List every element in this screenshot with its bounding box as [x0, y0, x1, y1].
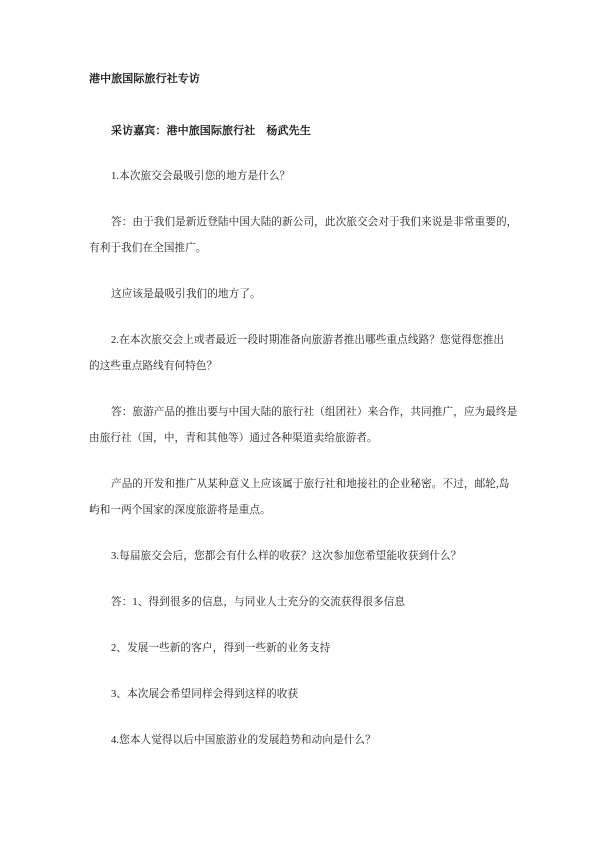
- answer-3-item-3-paragraph: 3、本次展会希望同样会得到这样的收获: [89, 682, 595, 708]
- text-line: 答：旅游产品的推出要与中国大陆的旅行社（组团社）来合作，共同推广，应为最终是: [89, 400, 595, 426]
- answer-1b-paragraph: 这应该是最吸引我们的地方了。: [89, 282, 595, 308]
- document-page: 港中旅国际旅行社专访 采访嘉宾：港中旅国际旅行社 杨武先生 1.本次旅交会最吸引…: [0, 0, 595, 842]
- text-line: 3、本次展会希望同样会得到这样的收获: [89, 682, 595, 708]
- question-2-paragraph: 2.在本次旅交会上或者最近一段时期准备向旅游者推出哪些重点线路？您觉得您推出 的…: [89, 328, 595, 380]
- text-line: 的这些重点路线有何特色？: [89, 354, 595, 380]
- text-line: 产品的开发和推广从某种意义上应该属于旅行社和地接社的企业秘密。不过，邮轮,岛: [89, 472, 595, 498]
- text-line: 4.您本人觉得以后中国旅游业的发展趋势和动向是什么？: [89, 728, 595, 754]
- document-title: 港中旅国际旅行社专访: [89, 66, 595, 92]
- text-line: 答：由于我们是新近登陆中国大陆的新公司，此次旅交会对于我们来说是非常重要的，: [89, 210, 595, 236]
- title-paragraph: 港中旅国际旅行社专访: [89, 66, 595, 92]
- question-4-paragraph: 4.您本人觉得以后中国旅游业的发展趋势和动向是什么？: [89, 728, 595, 754]
- text-line: 3.每届旅交会后，您都会有什么样的收获？这次参加您希望能收获到什么？: [89, 544, 595, 570]
- text-line: 2.在本次旅交会上或者最近一段时期准备向旅游者推出哪些重点线路？您觉得您推出: [89, 328, 595, 354]
- text-line: 这应该是最吸引我们的地方了。: [89, 282, 595, 308]
- answer-1-paragraph: 答：由于我们是新近登陆中国大陆的新公司，此次旅交会对于我们来说是非常重要的， 有…: [89, 210, 595, 262]
- answer-3-item-1-paragraph: 答：1、得到很多的信息，与同业人士充分的交流获得很多信息: [89, 590, 595, 616]
- answer-3-item-2-paragraph: 2、发展一些新的客户，得到一些新的业务支持: [89, 636, 595, 662]
- interview-guest-line: 采访嘉宾：港中旅国际旅行社 杨武先生: [89, 118, 595, 144]
- text-line: 有利于我们在全国推广。: [89, 236, 595, 262]
- guest-paragraph: 采访嘉宾：港中旅国际旅行社 杨武先生: [89, 118, 595, 144]
- answer-2-paragraph: 答：旅游产品的推出要与中国大陆的旅行社（组团社）来合作，共同推广，应为最终是 由…: [89, 400, 595, 452]
- question-3-paragraph: 3.每届旅交会后，您都会有什么样的收获？这次参加您希望能收获到什么？: [89, 544, 595, 570]
- document-body: { "document": { "title": "港中旅国际旅行社专访", "…: [0, 0, 595, 842]
- answer-2b-paragraph: 产品的开发和推广从某种意义上应该属于旅行社和地接社的企业秘密。不过，邮轮,岛 屿…: [89, 472, 595, 524]
- question-1-paragraph: 1.本次旅交会最吸引您的地方是什么？: [89, 164, 595, 190]
- text-line: 2、发展一些新的客户，得到一些新的业务支持: [89, 636, 595, 662]
- text-line: 由旅行社（国，中，青和其他等）通过各种渠道卖给旅游者。: [89, 426, 595, 452]
- text-line: 屿和一两个国家的深度旅游将是重点。: [89, 498, 595, 524]
- text-line: 答：1、得到很多的信息，与同业人士充分的交流获得很多信息: [89, 590, 595, 616]
- text-line: 1.本次旅交会最吸引您的地方是什么？: [89, 164, 595, 190]
